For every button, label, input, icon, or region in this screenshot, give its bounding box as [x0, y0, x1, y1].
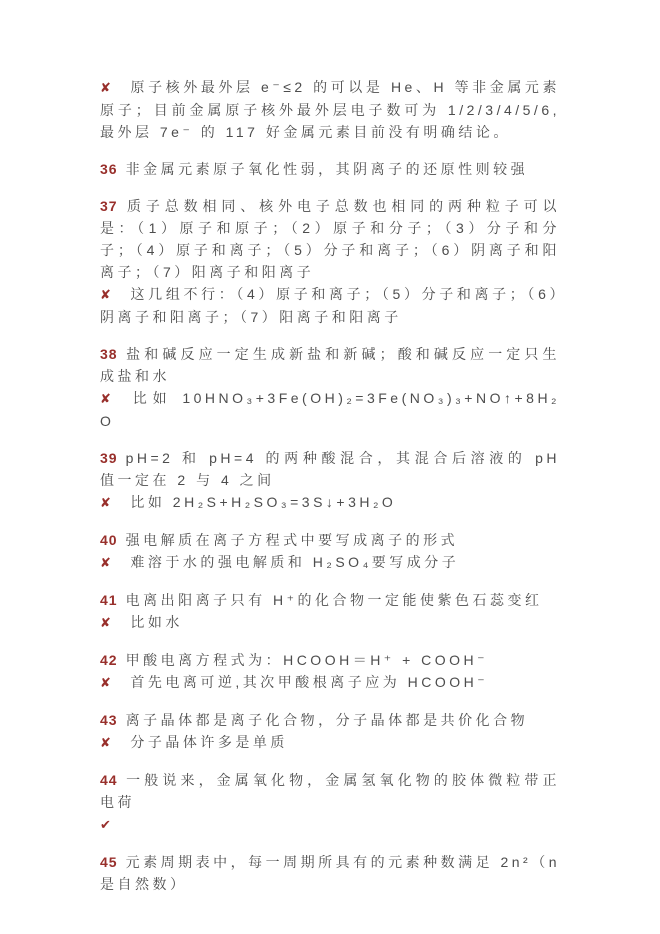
note-group: 41电离出阳离子只有 H⁺的化合物一定能使紫色石蕊变红✘比如水	[100, 589, 560, 634]
note-paragraph: ✘这几组不行：（4）原子和离子；（5）分子和离子；（6）阴离子和阳离子；（7）阳…	[100, 283, 560, 328]
check-icon: ✔	[100, 817, 130, 832]
note-paragraph: ✘难溶于水的强电解质和 H₂SO₄要写成分子	[100, 551, 560, 574]
note-text: pH=2 和 pH=4 的两种酸混合，其混合后溶液的 pH 值一定在 2 与 4…	[100, 450, 560, 488]
cross-icon: ✘	[100, 287, 130, 302]
note-group: 40强电解质在离子方程式中要写成离子的形式✘难溶于水的强电解质和 H₂SO₄要写…	[100, 529, 560, 574]
cross-icon: ✘	[100, 555, 130, 570]
note-paragraph: 42甲酸电离方程式为：HCOOH＝H⁺ + COOH⁻	[100, 649, 560, 671]
item-number: 39	[100, 450, 126, 466]
note-group: 38盐和碱反应一定生成新盐和新碱；酸和碱反应一定只生成盐和水✘比如 10HNO₃…	[100, 343, 560, 432]
note-group: 45元素周期表中，每一周期所具有的元素种数满足 2n²（n 是自然数）	[100, 851, 560, 895]
item-number: 42	[100, 652, 126, 668]
note-group: 39pH=2 和 pH=4 的两种酸混合，其混合后溶液的 pH 值一定在 2 与…	[100, 447, 560, 514]
document-page: ✘原子核外最外层 e⁻≤2 的可以是 He、H 等非金属元素原子；目前金属原子核…	[0, 0, 660, 934]
item-number: 43	[100, 712, 126, 728]
note-text: 比如水	[130, 614, 183, 630]
note-group: 37质子总数相同、核外电子总数也相同的两种粒子可以是：（1）原子和原子；（2）原…	[100, 195, 560, 328]
note-paragraph: 41电离出阳离子只有 H⁺的化合物一定能使紫色石蕊变红	[100, 589, 560, 611]
notes-list: ✘原子核外最外层 e⁻≤2 的可以是 He、H 等非金属元素原子；目前金属原子核…	[100, 76, 560, 895]
note-text: 盐和碱反应一定生成新盐和新碱；酸和碱反应一定只生成盐和水	[100, 346, 560, 384]
note-text: 分子晶体许多是单质	[130, 734, 288, 750]
item-number: 37	[100, 198, 126, 214]
note-paragraph: 45元素周期表中，每一周期所具有的元素种数满足 2n²（n 是自然数）	[100, 851, 560, 895]
cross-icon: ✘	[100, 615, 130, 630]
note-group: 36非金属元素原子氧化性弱，其阴离子的还原性则较强	[100, 158, 560, 180]
note-paragraph: ✘比如 2H₂S+H₂SO₃=3S↓+3H₂O	[100, 491, 560, 514]
note-paragraph: ✘首先电离可逆,其次甲酸根离子应为 HCOOH⁻	[100, 671, 560, 694]
cross-icon: ✘	[100, 735, 130, 750]
note-text: 比如 10HNO₃+3Fe(OH)₂=3Fe(NO₃)₃+NO↑+8H₂O	[100, 390, 560, 429]
note-paragraph: ✘比如 10HNO₃+3Fe(OH)₂=3Fe(NO₃)₃+NO↑+8H₂O	[100, 387, 560, 432]
note-paragraph: 37质子总数相同、核外电子总数也相同的两种粒子可以是：（1）原子和原子；（2）原…	[100, 195, 560, 283]
note-text: 非金属元素原子氧化性弱，其阴离子的还原性则较强	[126, 161, 529, 177]
item-number: 38	[100, 346, 126, 362]
cross-icon: ✘	[100, 80, 130, 95]
note-text: 电离出阳离子只有 H⁺的化合物一定能使紫色石蕊变红	[126, 592, 543, 608]
note-group: 42甲酸电离方程式为：HCOOH＝H⁺ + COOH⁻✘首先电离可逆,其次甲酸根…	[100, 649, 560, 694]
item-number: 40	[100, 532, 126, 548]
note-paragraph: 36非金属元素原子氧化性弱，其阴离子的还原性则较强	[100, 158, 560, 180]
item-number: 45	[100, 854, 126, 870]
note-paragraph: ✔	[100, 813, 560, 836]
note-text: 质子总数相同、核外电子总数也相同的两种粒子可以是：（1）原子和原子；（2）原子和…	[100, 198, 560, 280]
note-paragraph: ✘比如水	[100, 611, 560, 634]
note-text: 甲酸电离方程式为：HCOOH＝H⁺ + COOH⁻	[126, 652, 488, 668]
note-text: 元素周期表中，每一周期所具有的元素种数满足 2n²（n 是自然数）	[100, 854, 560, 892]
note-text: 这几组不行：（4）原子和离子；（5）分子和离子；（6）阴离子和阳离子；（7）阳离…	[100, 286, 560, 325]
note-text: 首先电离可逆,其次甲酸根离子应为 HCOOH⁻	[130, 674, 488, 690]
note-paragraph: 43离子晶体都是离子化合物，分子晶体都是共价化合物	[100, 709, 560, 731]
note-paragraph: 39pH=2 和 pH=4 的两种酸混合，其混合后溶液的 pH 值一定在 2 与…	[100, 447, 560, 491]
note-paragraph: ✘原子核外最外层 e⁻≤2 的可以是 He、H 等非金属元素原子；目前金属原子核…	[100, 76, 560, 143]
cross-icon: ✘	[100, 391, 130, 406]
note-paragraph: 40强电解质在离子方程式中要写成离子的形式	[100, 529, 560, 551]
note-paragraph: 44一般说来，金属氧化物，金属氢氧化物的胶体微粒带正电荷	[100, 769, 560, 813]
note-text: 强电解质在离子方程式中要写成离子的形式	[126, 532, 459, 548]
item-number: 36	[100, 161, 126, 177]
item-number: 41	[100, 592, 126, 608]
note-group: 44一般说来，金属氧化物，金属氢氧化物的胶体微粒带正电荷✔	[100, 769, 560, 836]
note-group: ✘原子核外最外层 e⁻≤2 的可以是 He、H 等非金属元素原子；目前金属原子核…	[100, 76, 560, 143]
item-number: 44	[100, 772, 126, 788]
note-text: 难溶于水的强电解质和 H₂SO₄要写成分子	[130, 554, 459, 570]
note-text: 比如 2H₂S+H₂SO₃=3S↓+3H₂O	[130, 494, 396, 510]
note-paragraph: 38盐和碱反应一定生成新盐和新碱；酸和碱反应一定只生成盐和水	[100, 343, 560, 387]
note-text: 原子核外最外层 e⁻≤2 的可以是 He、H 等非金属元素原子；目前金属原子核外…	[100, 79, 560, 140]
note-group: 43离子晶体都是离子化合物，分子晶体都是共价化合物✘分子晶体许多是单质	[100, 709, 560, 754]
note-paragraph: ✘分子晶体许多是单质	[100, 731, 560, 754]
cross-icon: ✘	[100, 495, 130, 510]
cross-icon: ✘	[100, 675, 130, 690]
note-text: 一般说来，金属氧化物，金属氢氧化物的胶体微粒带正电荷	[100, 772, 560, 810]
note-text: 离子晶体都是离子化合物，分子晶体都是共价化合物	[126, 712, 529, 728]
